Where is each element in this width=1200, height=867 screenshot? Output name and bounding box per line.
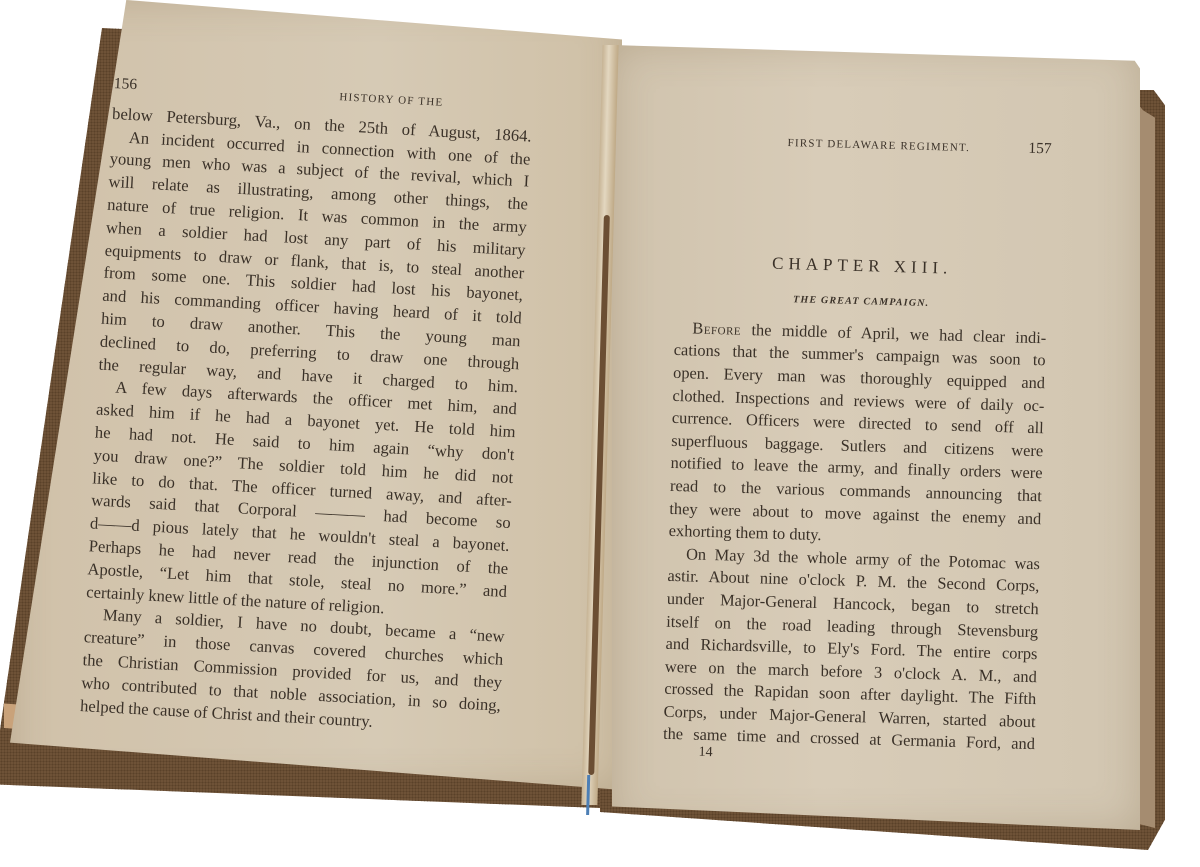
chapter-subtitle: THE GREAT CAMPAIGN. [675, 286, 1047, 319]
drop-word: Before [692, 318, 741, 338]
page-number: 156 [113, 73, 137, 97]
signature-mark: 14 [698, 742, 713, 765]
book-photo: 156 HISTORY OF THE below Petersburg, Va.… [0, 0, 1200, 867]
running-head-title: FIRST DELAWARE REGIMENT. [787, 132, 970, 160]
running-head-title: HISTORY OF THE [339, 86, 444, 114]
chapter-title: CHAPTER XIII. [676, 250, 1048, 283]
page-number: 157 [1028, 138, 1052, 161]
binding-thread-blue [586, 775, 590, 815]
left-page-text: 156 HISTORY OF THE below Petersburg, Va.… [80, 62, 535, 740]
right-page-text: FIRST DELAWARE REGIMENT. 157 CHAPTER XII… [663, 128, 1052, 756]
